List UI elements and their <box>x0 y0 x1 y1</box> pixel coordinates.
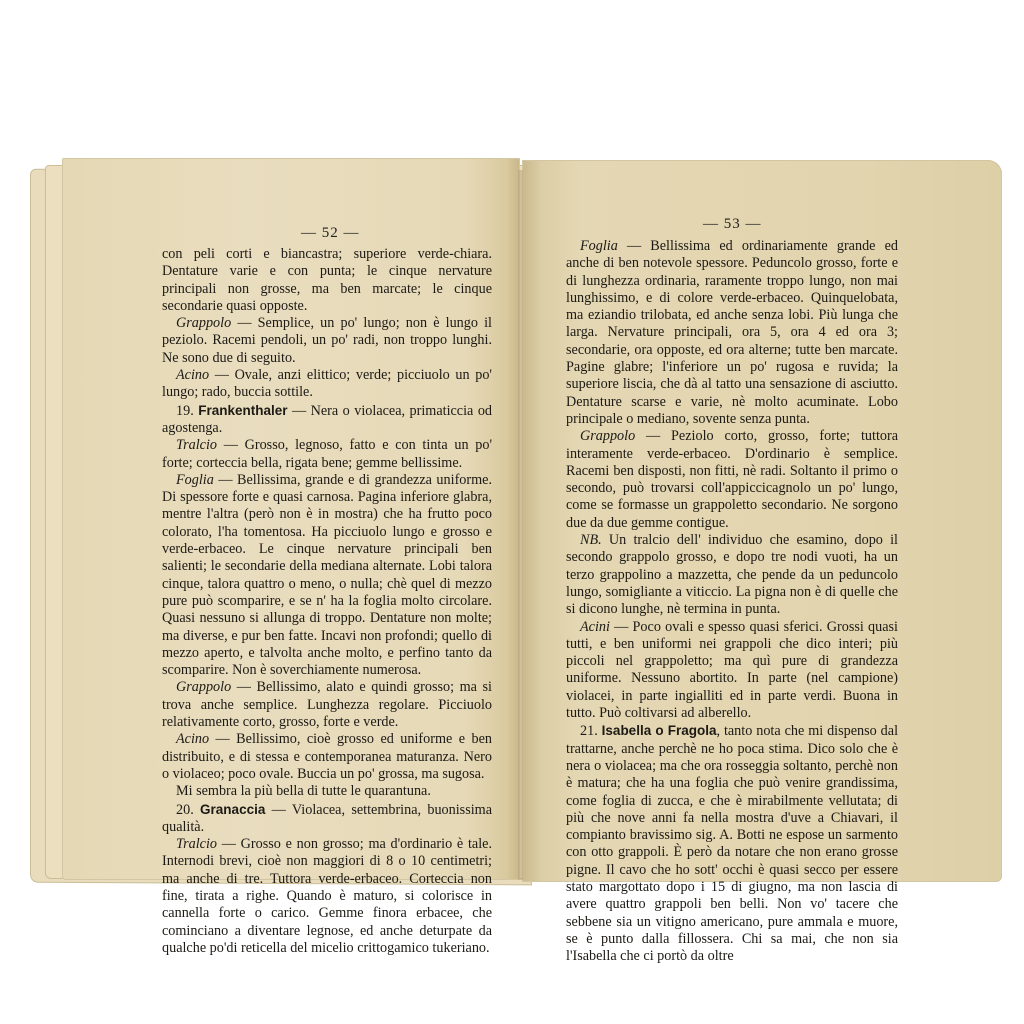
left-page-number: — 52 — <box>301 225 360 242</box>
variety-heading: 20. Granaccia — Violacea, settembrina, b… <box>162 801 492 837</box>
section-label: Tralcio <box>176 437 217 453</box>
variety-name: Granaccia <box>200 802 265 817</box>
paragraph: Grappolo — Bellissimo, alato e quindi gr… <box>162 679 492 731</box>
right-page-body: Foglia — Bellissima ed ordinariamente gr… <box>566 238 898 965</box>
paragraph: Tralcio — Grosso, legnoso, fatto e con t… <box>162 437 492 472</box>
paragraph: Acino — Bellissimo, cioè grosso ed unifo… <box>162 731 492 783</box>
section-label: Acini <box>580 619 610 635</box>
book-gutter <box>518 170 523 880</box>
section-label: NB. <box>580 532 602 548</box>
section-label: Tralcio <box>176 836 217 852</box>
section-label: Foglia <box>580 238 618 254</box>
section-label: Foglia <box>176 472 214 488</box>
section-label: Grappolo <box>580 428 635 444</box>
paragraph: Foglia — Bellissima ed ordinariamente gr… <box>566 238 898 428</box>
paragraph: Grappolo — Peziolo corto, grosso, forte;… <box>566 428 898 532</box>
paragraph: Tralcio — Grosso e non grosso; ma d'ordi… <box>162 836 492 957</box>
variety-heading: 21. Isabella o Fragola, tanto nota che m… <box>566 722 898 965</box>
open-book: — 52 — — 53 — con peli corti e biancastr… <box>0 0 1024 1024</box>
paragraph: Grappolo — Semplice, un po' lungo; non è… <box>162 315 492 367</box>
paragraph: Foglia — Bellissima, grande e di grandez… <box>162 472 492 680</box>
left-page-body: con peli corti e biancastra; superiore v… <box>162 246 492 957</box>
paragraph: Acini — Poco ovali e spesso quasi sferic… <box>566 619 898 723</box>
section-label: Acino <box>176 731 209 747</box>
paragraph: con peli corti e biancastra; superiore v… <box>162 246 492 315</box>
paragraph: NB. Un tralcio dell' individuo che esami… <box>566 532 898 618</box>
variety-name: Isabella o Fragola <box>602 723 717 738</box>
section-label: Grappolo <box>176 679 231 695</box>
variety-name: Frankenthaler <box>198 403 287 418</box>
section-label: Grappolo <box>176 315 231 331</box>
paragraph: Acino — Ovale, anzi elittico; verde; pic… <box>162 367 492 402</box>
right-page-number: — 53 — <box>703 216 762 233</box>
section-label: Acino <box>176 367 209 383</box>
paragraph: Mi sembra la più bella di tutte le quara… <box>162 783 492 800</box>
variety-heading: 19. Frankenthaler — Nera o violacea, pri… <box>162 402 492 438</box>
